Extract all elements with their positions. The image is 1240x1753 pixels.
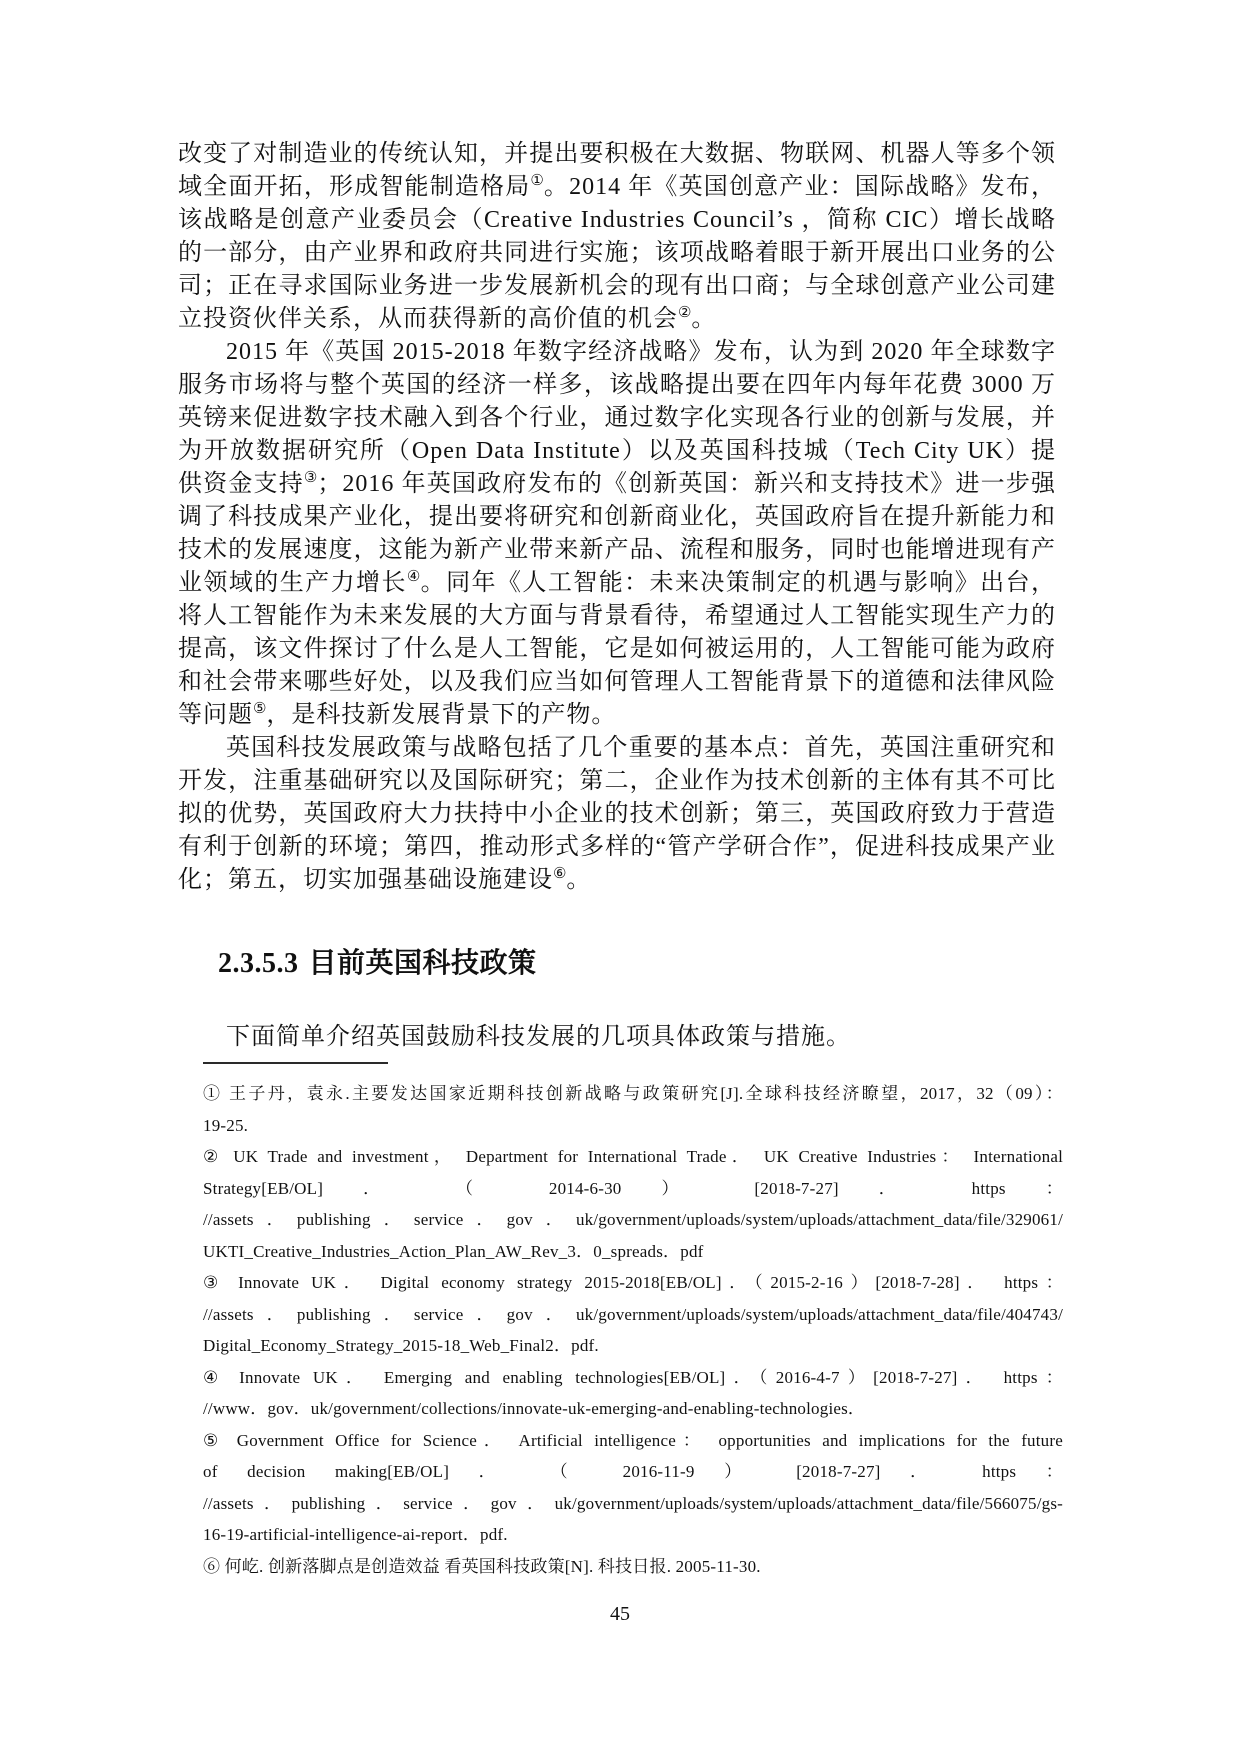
footnote-line: Strategy[EB/OL] ． （ 2014-6-30 ） [2018-7-… [203,1173,1063,1205]
document-page: 改变了对制造业的传统认知，并提出要积极在大数据、物联网、机器人等多个领域全面开拓… [0,0,1240,1753]
footnote-line: //assets．publishing．service．gov．uk/gover… [203,1204,1063,1236]
footnote: ⑥ 何屹. 创新落脚点是创造效益 看英国科技政策[N]. 科技日报. 2005-… [203,1551,1063,1583]
section-title: 目前英国科技政策 [309,948,537,979]
footnote-ref: ⑥ [553,866,566,882]
footnote-line: ③ Innovate UK． Digital economy strategy … [203,1267,1063,1299]
footnote-line: //assets．publishing．service．gov．uk/gover… [203,1299,1063,1331]
footnotes-section: ① 王子丹，袁永.主要发达国家近期科技创新战略与政策研究[J].全球科技经济瞭望… [203,1062,1063,1582]
footnote-line: ⑤ Government Office for Science． Artific… [203,1425,1063,1457]
footnote: ① 王子丹，袁永.主要发达国家近期科技创新战略与政策研究[J].全球科技经济瞭望… [203,1078,1063,1141]
footnote-line: ④ Innovate UK． Emerging and enabling tec… [203,1362,1063,1394]
body-paragraph: 改变了对制造业的传统认知，并提出要积极在大数据、物联网、机器人等多个领域全面开拓… [178,138,1056,336]
footnote-line: //www．gov．uk/government/collections/inno… [203,1393,1063,1425]
footnote-ref: ⑤ [253,701,266,717]
footnote-line: ② UK Trade and investment， Department fo… [203,1141,1063,1173]
footnote-line: 16-19-artificial-intelligence-ai-report．… [203,1519,1063,1551]
footnote-line: ⑥ 何屹. 创新落脚点是创造效益 看英国科技政策[N]. 科技日报. 2005-… [203,1551,1063,1583]
footnote-line: 19-25. [203,1110,1063,1142]
footnote-ref: ② [678,305,691,321]
body-paragraphs: 改变了对制造业的传统认知，并提出要积极在大数据、物联网、机器人等多个领域全面开拓… [178,138,1056,897]
footnote: ② UK Trade and investment， Department fo… [203,1141,1063,1267]
section-heading: 2.3.5.3目前英国科技政策 [218,941,1056,981]
body-text: 改变了对制造业的传统认知，并提出要积极在大数据、物联网、机器人等多个领域全面开拓… [178,138,1056,1054]
intro-paragraph: 下面简单介绍英国鼓励科技发展的几项具体政策与措施。 [178,1021,1056,1054]
footnote-line: Digital_Economy_Strategy_2015-18_Web_Fin… [203,1330,1063,1362]
section-number: 2.3.5.3 [218,948,299,979]
footnote-ref: ④ [407,569,421,585]
footnote-separator [203,1062,388,1064]
footnotes-list: ① 王子丹，袁永.主要发达国家近期科技创新战略与政策研究[J].全球科技经济瞭望… [203,1078,1063,1582]
footnote: ④ Innovate UK． Emerging and enabling tec… [203,1362,1063,1425]
footnote-ref: ③ [304,470,318,486]
footnote-line: UKTI_Creative_Industries_Action_Plan_AW_… [203,1236,1063,1268]
body-paragraph: 2015 年《英国 2015-2018 年数字经济战略》发布，认为到 2020 … [178,336,1056,732]
footnote-ref: ① [530,173,544,189]
footnote: ⑤ Government Office for Science． Artific… [203,1425,1063,1551]
body-paragraph: 英国科技发展政策与战略包括了几个重要的基本点：首先，英国注重研究和开发，注重基础… [178,732,1056,897]
footnote: ③ Innovate UK． Digital economy strategy … [203,1267,1063,1362]
footnote-line: of decision making[EB/OL] ． （ 2016-11-9 … [203,1456,1063,1488]
footnote-line: ① 王子丹，袁永.主要发达国家近期科技创新战略与政策研究[J].全球科技经济瞭望… [203,1078,1063,1110]
page-number: 45 [0,1603,1240,1626]
footnote-line: //assets．publishing．service．gov．uk/gover… [203,1488,1063,1520]
